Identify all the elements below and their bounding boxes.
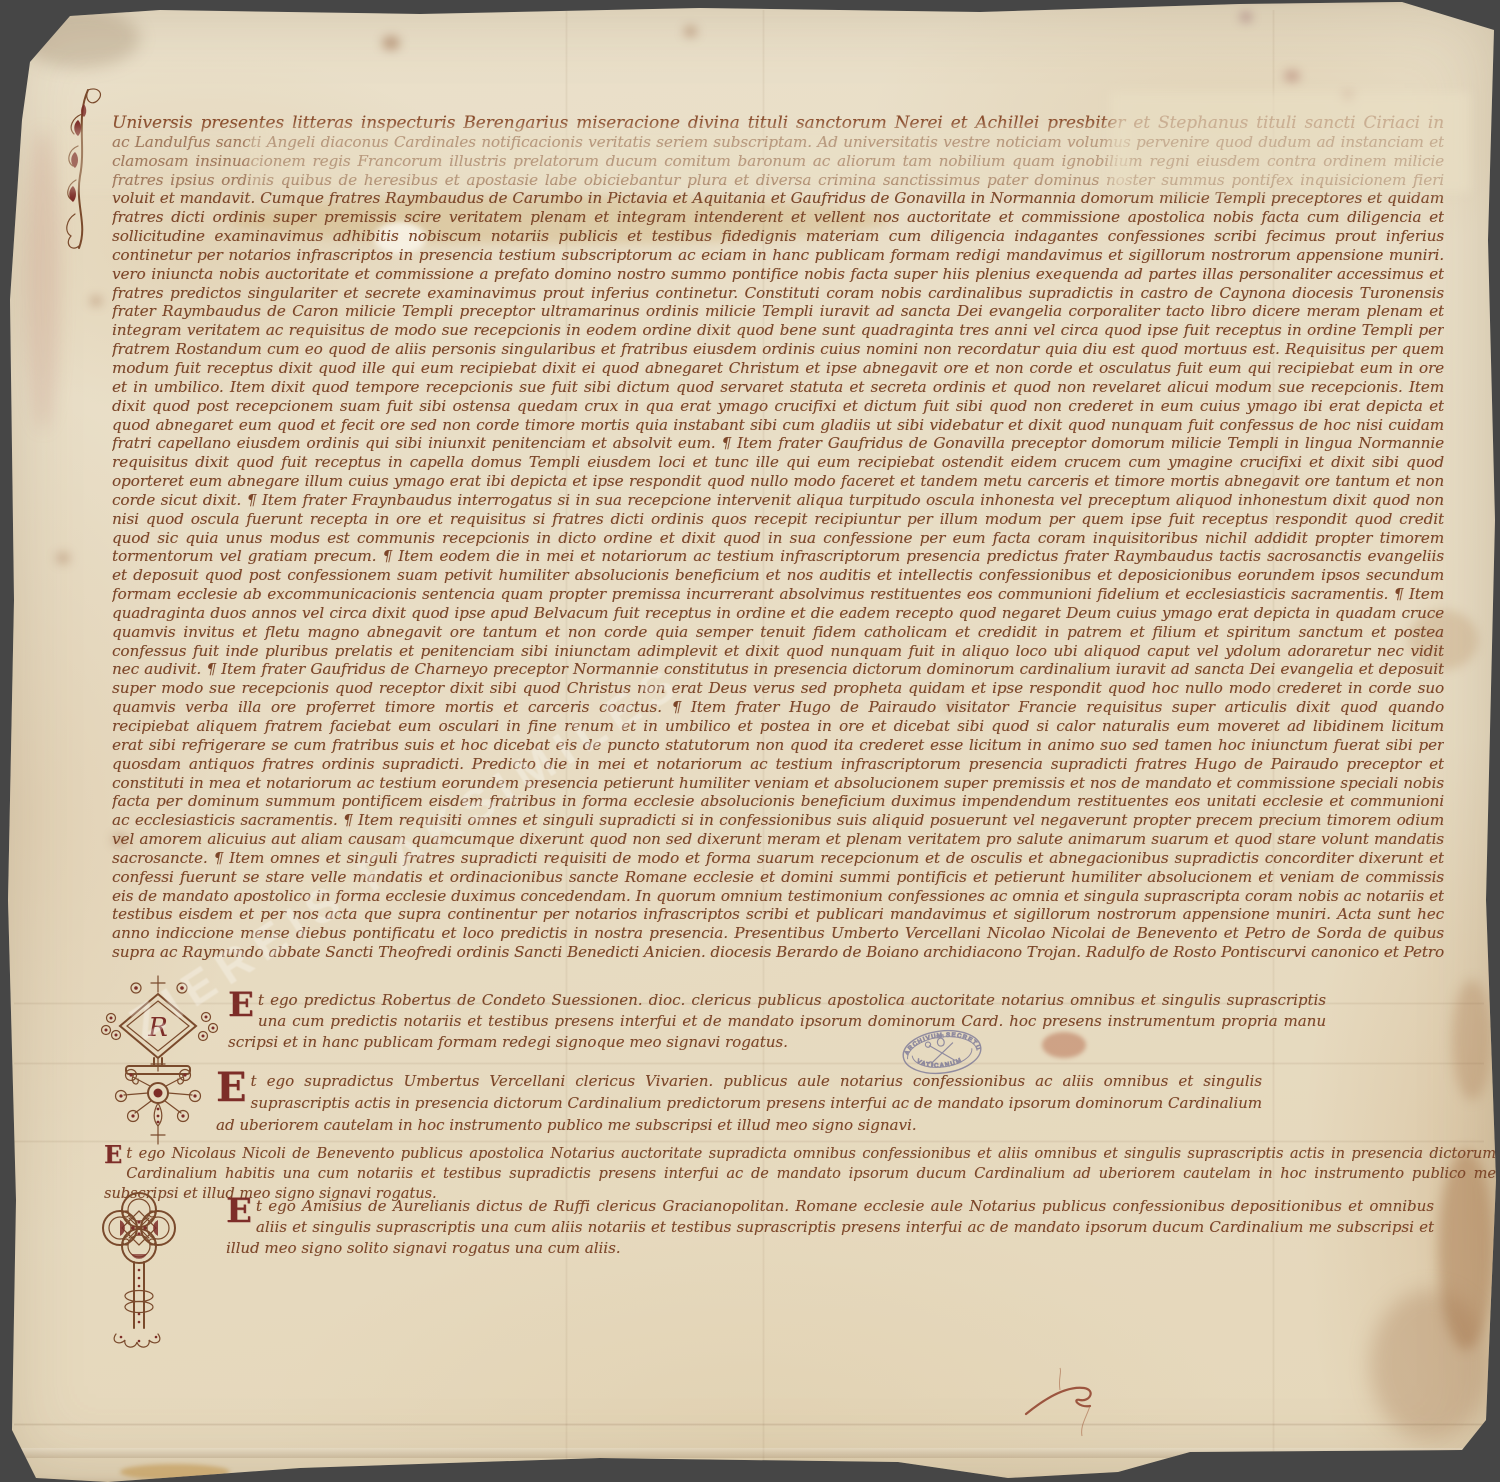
manuscript-line: formam ecclesie ab excommunicacionis sen… [112,585,1444,604]
notary-sign-quatrefoil-key [96,1186,184,1346]
crease-line [1272,10,1275,1460]
stain-spot [684,26,697,37]
manuscript-line: confessus fuit inde pluribus prelatis et… [112,642,1444,661]
stain-spot [56,552,70,564]
manuscript-line: frater Raymbaudus de Caron milicie Templ… [112,302,1444,321]
subscription-umbertus-vercellani: Et ego supradictus Umbertus Vercellani c… [216,1070,1262,1136]
subscription-text: t ego supradictus Umbertus Vercellani cl… [216,1072,1262,1134]
manuscript-line: clamosam insinuacionem regis Francorum i… [112,152,1444,171]
manuscript-line: vero iniuncta nobis auctoritate et commi… [112,265,1444,284]
manuscript-line: quosdam antiquos fratres ordinis supradi… [112,755,1444,774]
subscription-nicolaus-de-benevento: Et ego Nicolaus Nicoli de Benevento publ… [104,1144,1496,1204]
manuscript-line: sollicitudine examinavimus adhibitis nob… [112,227,1444,246]
manuscript-line: requisitus dixit quod fuit receptus in c… [112,453,1444,472]
subscription-text: t ego Nicolaus Nicoli de Benevento publi… [104,1146,1496,1202]
manuscript-line: erat sibi refrigerare se cum fratribus s… [112,736,1444,755]
stain-top-edge-shadow [20,8,140,68]
manuscript-line: quod sic quia unus modus est communis re… [112,529,1444,548]
manuscript-line: quod abnegaret eum quod et fecit ore sed… [112,416,1444,435]
subscription-robertus-de-condeto: Et ego predictus Robertus de Condeto Sue… [228,990,1326,1053]
manuscript-line: quadraginta duos annos vel circa dixit q… [112,604,1444,623]
stain-streak [26,130,60,430]
manuscript-line: nec audivit. ¶ Item frater Gaufridus de … [112,660,1444,679]
manuscript-line: et in umbilico. Item dixit quod tempore … [112,378,1444,397]
manuscript-line: ac ecclesiasticis sacramentis. ¶ Item re… [112,811,1444,830]
archive-oval-stamp: ARCHIVUM SECRETUM VATICANUM [897,1023,986,1081]
stain-spot [1284,70,1300,82]
subscription-initial: E [226,1196,256,1226]
manuscript-line: voluit et mandavit. Cumque fratres Raymb… [112,189,1444,208]
stain-spot [382,36,400,50]
stain-corner-mottle [1370,1290,1490,1440]
charter-body-text: Universis presentes litteras inspecturis… [112,114,1444,964]
manuscript-line: modum fuit receptus dixit quod ille qui … [112,359,1444,378]
manuscript-line: fratri capellano eiusdem ordinis qui sib… [112,434,1444,453]
manuscript-line: oporteret eum abnegare illum cuius ymago… [112,472,1444,491]
manuscript-line: vel amorem alicuius aut aliam causam qua… [112,830,1444,849]
manuscript-line: dixit quod post recepcionem suam fuit si… [112,397,1444,416]
fold-line [14,1423,1484,1426]
manuscript-line: fratres predictos singulariter et secret… [112,284,1444,303]
stain-spot [1342,92,1354,102]
manuscript-line: quamvis verba illa ore proferret timore … [112,698,1444,717]
subscription-text: t ego Amisius de Aurelianis dictus de Ru… [226,1197,1434,1257]
manuscript-line: nisi quod oscula fuerunt recepta in ore … [112,510,1444,529]
subscription-text: t ego predictus Robertus de Condeto Sues… [228,991,1326,1051]
manuscript-line: fratres ipsius ordinis quibus de heresib… [112,171,1444,190]
crease-tear-mark [1020,1368,1150,1438]
stain-bottom-edge [440,1472,500,1482]
manuscript-line: facta per dominum summum pontificem eisd… [112,792,1444,811]
fold-line [14,1002,1484,1005]
manuscript-line: Universis presentes litteras inspecturis… [112,114,1444,133]
manuscript-line: recipiebat aliquem fratrem faciebat eum … [112,717,1444,736]
manuscript-line: continetur per notarios infrascriptos in… [112,246,1444,265]
fold-line [14,1140,1484,1143]
bottom-fold-highlight [14,1448,1484,1458]
manuscript-line: fratrem Rostandum cum eo quod de aliis p… [112,340,1444,359]
stain-right-edge [1452,980,1492,1100]
notary-sign-wheel-cross [110,1056,206,1150]
crease-line [762,10,765,1460]
stain-bottom-edge [120,1464,230,1480]
manuscript-line: fratres dicti ordinis super premissis sc… [112,208,1444,227]
subscription-amisius-de-aurelianis: Et ego Amisius de Aurelianis dictus de R… [226,1196,1434,1259]
parchment-sheet: Universis presentes litteras inspecturis… [0,0,1500,1482]
fold-line [14,1062,1484,1065]
manuscript-line: super modo sue recepcionis quod receptor… [112,679,1444,698]
manuscript-line: et deposuit quod post confessionem suam … [112,566,1444,585]
manuscript-line: supra ac Raymundo abbate Sancti Theofred… [112,943,1444,962]
opening-initial-flourish [58,84,110,254]
photo-of-parchment: { "photo": { "background": "#464646" }, … [0,0,1500,1482]
manuscript-line: constituti in mea et notariorum ac testi… [112,774,1444,793]
manuscript-line: tormentorum vel gratiam precum. ¶ Item e… [112,547,1444,566]
stain-spot [90,296,102,306]
manuscript-line: sacrosancte. ¶ Item omnes et singuli fra… [112,849,1444,868]
manuscript-line: quamvis invitus et fletu magno abnegavit… [112,623,1444,642]
manuscript-line: integram veritatem ac requisitus de modo… [112,321,1444,340]
stain-spot [1240,12,1252,22]
manuscript-line: corde sicut dixit. ¶ Item frater Fraynba… [112,491,1444,510]
manuscript-line: ac Landulfus sancti Angeli diaconus Card… [112,133,1444,152]
